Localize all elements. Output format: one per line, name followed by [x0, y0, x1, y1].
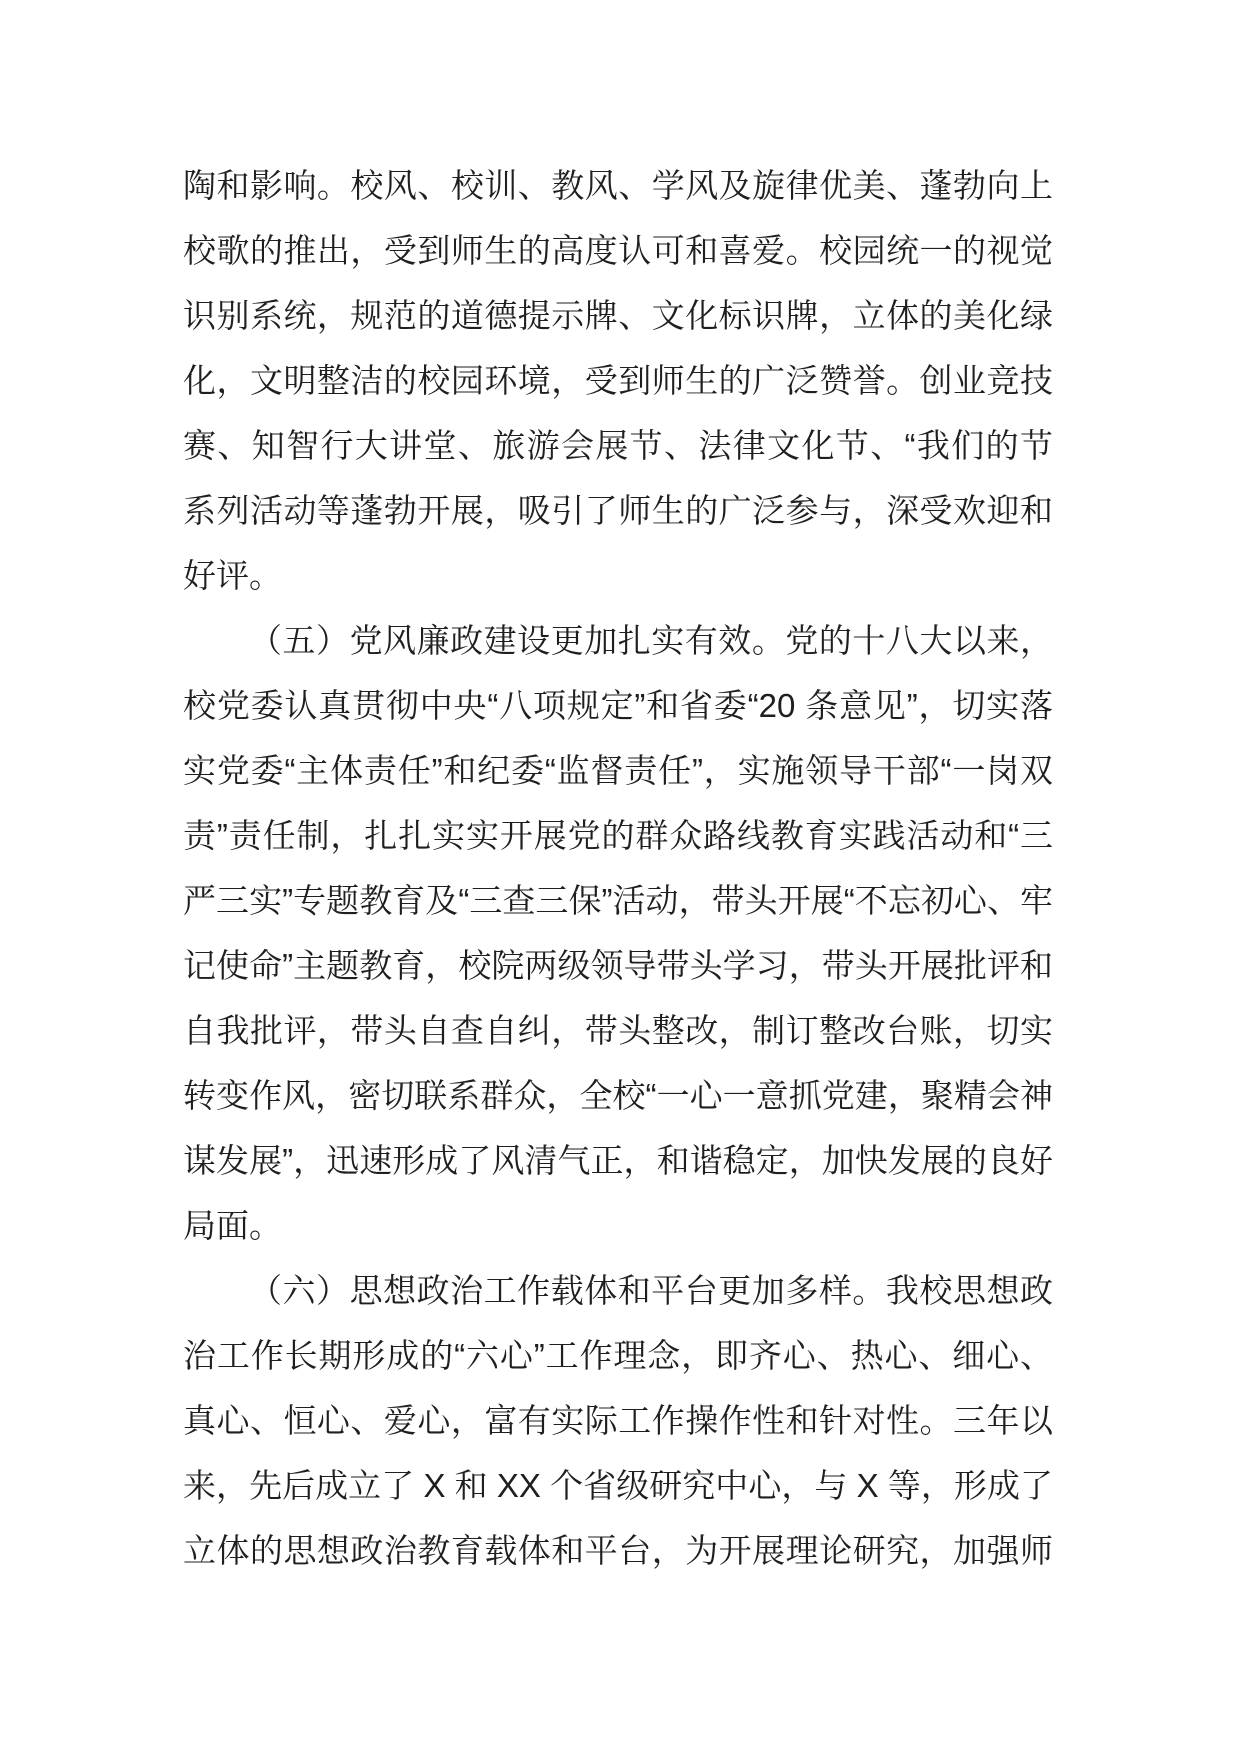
- text-line: 赛、知智行大讲堂、旅游会展节、法律文化节、“我们的节日”: [183, 413, 1053, 478]
- text-line: 局面。: [183, 1193, 1053, 1258]
- text-line: 真心、恒心、爱心，富有实际工作操作性和针对性。三年以: [183, 1388, 1053, 1453]
- text-line: 陶和影响。校风、校训、教风、学风及旋律优美、蓬勃向上: [183, 153, 1053, 218]
- document-text-block: 陶和影响。校风、校训、教风、学风及旋律优美、蓬勃向上 校歌的推出，受到师生的高度…: [183, 153, 1053, 1583]
- text-line: 来，先后成立了 X 和 XX 个省级研究中心，与 X 等，形成了: [183, 1453, 1053, 1518]
- text-line: 识别系统，规范的道德提示牌、文化标识牌，立体的美化绿: [183, 283, 1053, 348]
- text-line: 治工作长期形成的“六心”工作理念，即齐心、热心、细心、: [183, 1323, 1053, 1388]
- document-page: 陶和影响。校风、校训、教风、学风及旋律优美、蓬勃向上 校歌的推出，受到师生的高度…: [0, 0, 1241, 1755]
- text-line: 责”责任制，扎扎实实开展党的群众路线教育实践活动和“三: [183, 803, 1053, 868]
- text-line: 化，文明整洁的校园环境，受到师生的广泛赞誉。创业竞技: [183, 348, 1053, 413]
- text-line: 实党委“主体责任”和纪委“监督责任”，实施领导干部“一岗双: [183, 738, 1053, 803]
- paragraph-section-6-ideological-work: （六）思想政治工作载体和平台更加多样。我校思想政 治工作长期形成的“六心”工作理…: [183, 1258, 1053, 1583]
- text-line: 好评。: [183, 543, 1053, 608]
- text-line: 谋发展”，迅速形成了风清气正，和谐稳定，加快发展的良好: [183, 1128, 1053, 1193]
- text-line: 自我批评，带头自查自纠，带头整改，制订整改台账，切实: [183, 998, 1053, 1063]
- text-line: 校党委认真贯彻中央“八项规定”和省委“20 条意见”，切实落: [183, 673, 1053, 738]
- text-line: （五）党风廉政建设更加扎实有效。党的十八大以来，: [183, 608, 1053, 673]
- text-line: 系列活动等蓬勃开展，吸引了师生的广泛参与，深受欢迎和: [183, 478, 1053, 543]
- text-line: 严三实”专题教育及“三查三保”活动，带头开展“不忘初心、牢: [183, 868, 1053, 933]
- text-line: 校歌的推出，受到师生的高度认可和喜爱。校园统一的视觉: [183, 218, 1053, 283]
- text-line: 转变作风，密切联系群众，全校“一心一意抓党建，聚精会神: [183, 1063, 1053, 1128]
- text-line: 立体的思想政治教育载体和平台，为开展理论研究，加强师: [183, 1518, 1053, 1583]
- text-line: （六）思想政治工作载体和平台更加多样。我校思想政: [183, 1258, 1053, 1323]
- paragraph-section-5-party-conduct: （五）党风廉政建设更加扎实有效。党的十八大以来， 校党委认真贯彻中央“八项规定”…: [183, 608, 1053, 1258]
- paragraph-campus-culture: 陶和影响。校风、校训、教风、学风及旋律优美、蓬勃向上 校歌的推出，受到师生的高度…: [183, 153, 1053, 608]
- text-line: 记使命”主题教育，校院两级领导带头学习，带头开展批评和: [183, 933, 1053, 998]
